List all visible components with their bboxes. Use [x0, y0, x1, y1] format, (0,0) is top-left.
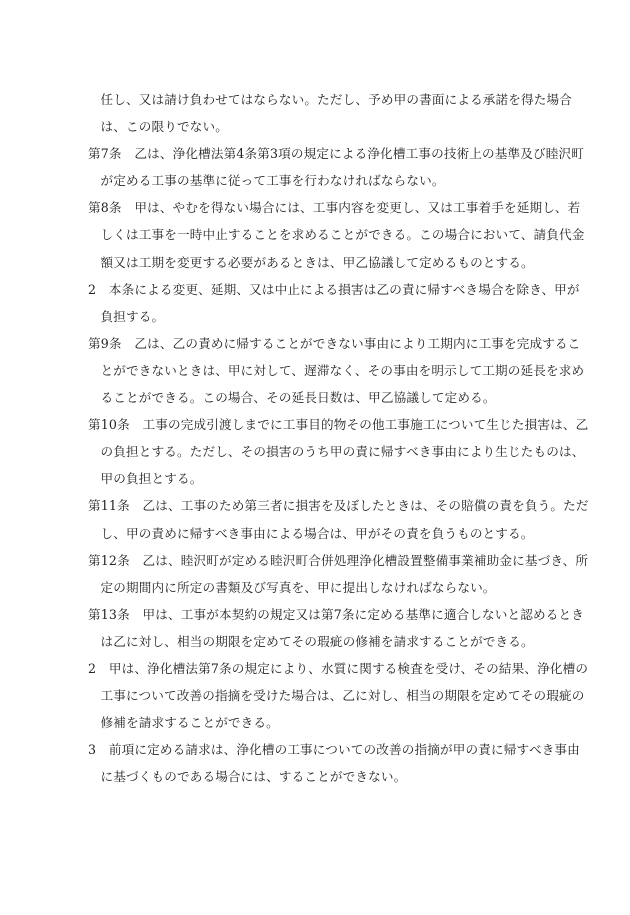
document-line-continuation: 額又は工期を変更する必要があるときは、甲乙協議して定めるものとする。: [88, 249, 554, 276]
document-line-continuation: は、この限りでない。: [88, 113, 554, 140]
document-line-article-start: 第9条 乙は、乙の責めに帰することができない事由により工期内に工事を完成するこ: [88, 330, 554, 357]
document-line-article-start: 3 前項に定める請求は、浄化槽の工事についての改善の指摘が甲の責に帰すべき事由: [88, 736, 554, 763]
document-line-continuation: しくは工事を一時中止することを求めることができる。この場合において、請負代金: [88, 221, 554, 248]
document-line-continuation: 修補を請求することができる。: [88, 709, 554, 736]
document-page: 任し、又は請け負わせてはならない。ただし、予め甲の書面による承諾を得た場合は、こ…: [0, 0, 630, 915]
document-line-continuation: 甲の負担とする。: [88, 465, 554, 492]
document-line-continuation: 工事について改善の指摘を受けた場合は、乙に対し、相当の期限を定めてその瑕疵の: [88, 682, 554, 709]
document-line-article-start: 第12条 乙は、睦沢町が定める睦沢町合併処理浄化槽設置整備事業補助金に基づき、所: [88, 547, 554, 574]
document-line-article-start: 2 甲は、浄化槽法第7条の規定により、水質に関する検査を受け、その結果、浄化槽の: [88, 655, 554, 682]
document-line-article-start: 第11条 乙は、工事のため第三者に損害を及ぼしたときは、その賠償の責を負う。ただ: [88, 492, 554, 519]
document-line-continuation: ることができる。この場合、その延長日数は、甲乙協議して定める。: [88, 384, 554, 411]
document-line-article-start: 第7条 乙は、浄化槽法第4条第3項の規定による浄化槽工事の技術上の基準及び睦沢町: [88, 140, 554, 167]
document-line-continuation: 負担する。: [88, 303, 554, 330]
document-line-continuation: に基づくものである場合には、することができない。: [88, 763, 554, 790]
document-line-article-start: 第10条 工事の完成引渡しまでに工事目的物その他工事施工について生じた損害は、乙: [88, 411, 554, 438]
document-line-article-start: 第13条 甲は、工事が本契約の規定又は第7条に定める基準に適合しないと認めるとき: [88, 601, 554, 628]
document-line-continuation: の負担とする。ただし、その損害のうち甲の責に帰すべき事由により生じたものは、: [88, 438, 554, 465]
document-line-continuation: が定める工事の基準に従って工事を行わなければならない。: [88, 167, 554, 194]
document-line-continuation: 定の期間内に所定の書類及び写真を、甲に提出しなければならない。: [88, 574, 554, 601]
document-line-continuation: とができないときは、甲に対して、遅滞なく、その事由を明示して工期の延長を求め: [88, 357, 554, 384]
document-line-article-start: 第8条 甲は、やむを得ない場合には、工事内容を変更し、又は工事着手を延期し、若: [88, 194, 554, 221]
document-line-continuation: は乙に対し、相当の期限を定めてその瑕疵の修補を請求することができる。: [88, 628, 554, 655]
document-line-article-start: 2 本条による変更、延期、又は中止による損害は乙の責に帰すべき場合を除き、甲が: [88, 276, 554, 303]
document-body: 任し、又は請け負わせてはならない。ただし、予め甲の書面による承諾を得た場合は、こ…: [88, 86, 554, 790]
document-line-continuation: 任し、又は請け負わせてはならない。ただし、予め甲の書面による承諾を得た場合: [88, 86, 554, 113]
document-line-continuation: し、甲の責めに帰すべき事由による場合は、甲がその責を負うものとする。: [88, 520, 554, 547]
